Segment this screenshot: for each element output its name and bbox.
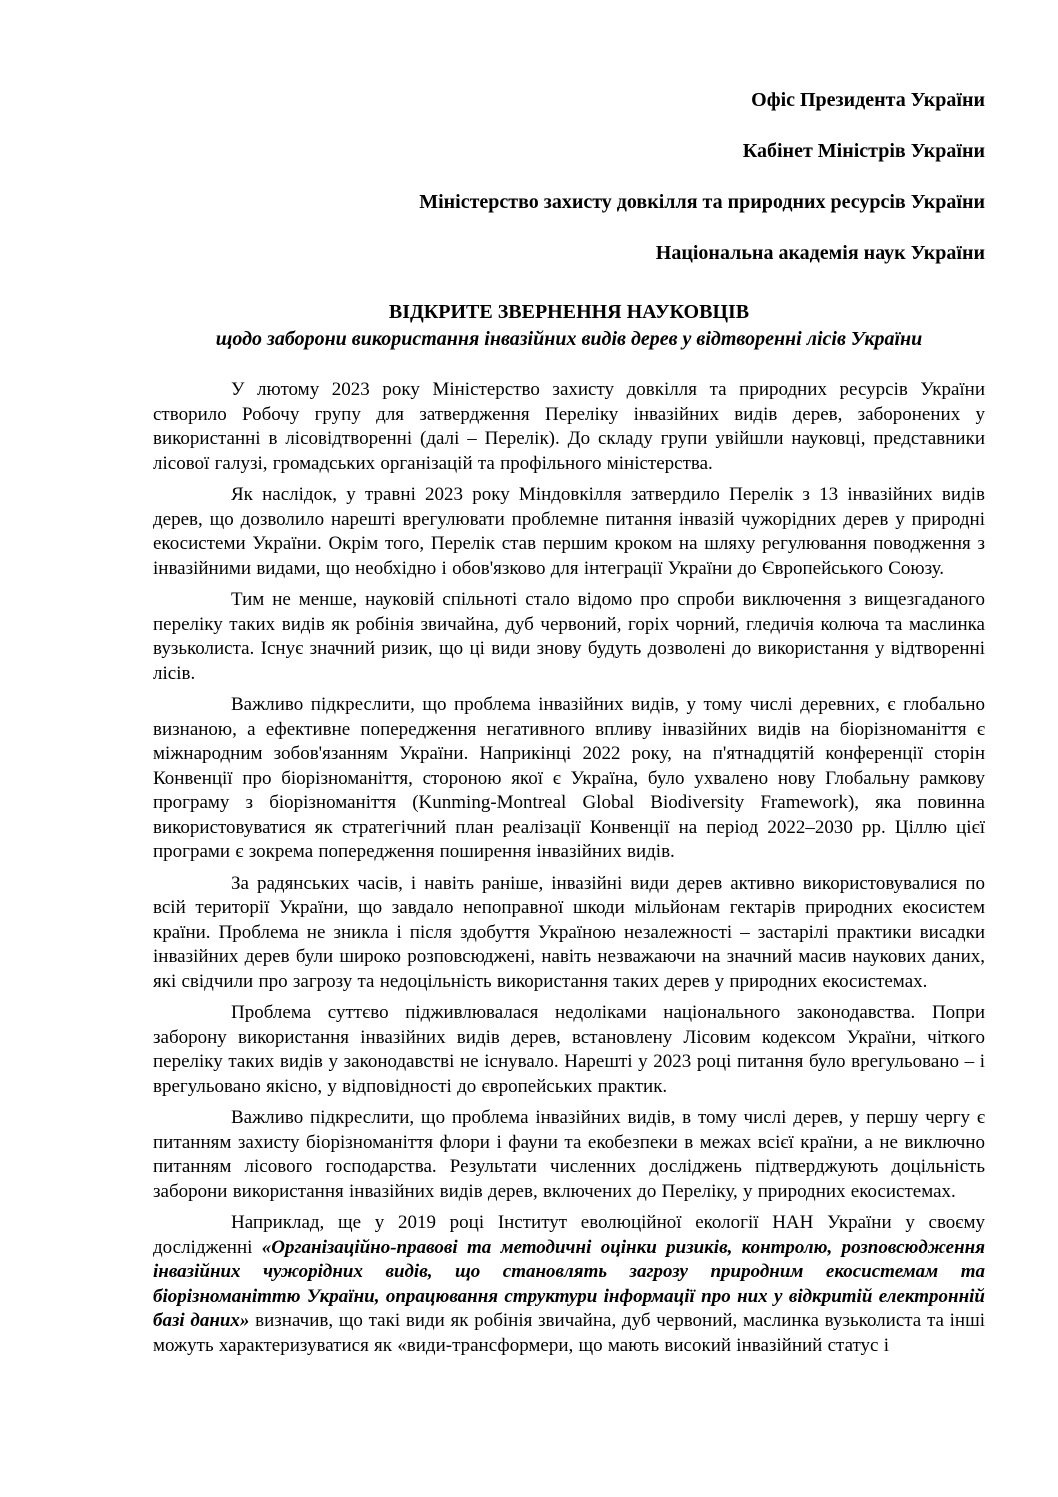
document-title: ВІДКРИТЕ ЗВЕРНЕННЯ НАУКОВЦІВ	[153, 300, 985, 325]
paragraph-2: Як наслідок, у травні 2023 року Міндовкі…	[153, 483, 985, 581]
paragraph-8: Наприклад, ще у 2019 році Інститут еволю…	[153, 1211, 985, 1358]
addressee-line-2: Кабінет Міністрів України	[153, 139, 985, 164]
text-segment-normal: Як наслідок, у травні 2023 року Міндовкі…	[153, 484, 985, 579]
document-subtitle: щодо заборони використання інвазійних ви…	[153, 327, 985, 352]
text-segment-normal: Важливо підкреслити, що проблема інвазій…	[153, 1107, 985, 1202]
text-segment-normal: Тим не менше, науковій спільноті стало в…	[153, 589, 985, 684]
addressee-line-3: Міністерство захисту довкілля та природн…	[153, 190, 985, 215]
text-segment-normal: За радянських часів, і навіть раніше, ін…	[153, 873, 985, 992]
addressee-block: Офіс Президента України Кабінет Міністрі…	[153, 88, 985, 266]
paragraph-3: Тим не менше, науковій спільноті стало в…	[153, 588, 985, 686]
text-segment-normal: Важливо підкреслити, що проблема інвазій…	[153, 694, 985, 862]
document-page: Офіс Президента України Кабінет Міністрі…	[0, 0, 1058, 1497]
paragraph-4: Важливо підкреслити, що проблема інвазій…	[153, 693, 985, 865]
paragraph-6: Проблема суттєво підживлювалася недоліка…	[153, 1001, 985, 1099]
paragraph-5: За радянських часів, і навіть раніше, ін…	[153, 872, 985, 995]
document-body: У лютому 2023 року Міністерство захисту …	[153, 378, 985, 1358]
paragraph-1: У лютому 2023 року Міністерство захисту …	[153, 378, 985, 476]
text-segment-normal: Проблема суттєво підживлювалася недоліка…	[153, 1002, 985, 1097]
paragraph-7: Важливо підкреслити, що проблема інвазій…	[153, 1106, 985, 1204]
addressee-line-1: Офіс Президента України	[153, 88, 985, 113]
text-segment-normal: У лютому 2023 року Міністерство захисту …	[153, 379, 985, 474]
text-segment-normal: визначив, що такі види як робінія звичай…	[153, 1310, 985, 1356]
addressee-line-4: Національна академія наук України	[153, 241, 985, 266]
